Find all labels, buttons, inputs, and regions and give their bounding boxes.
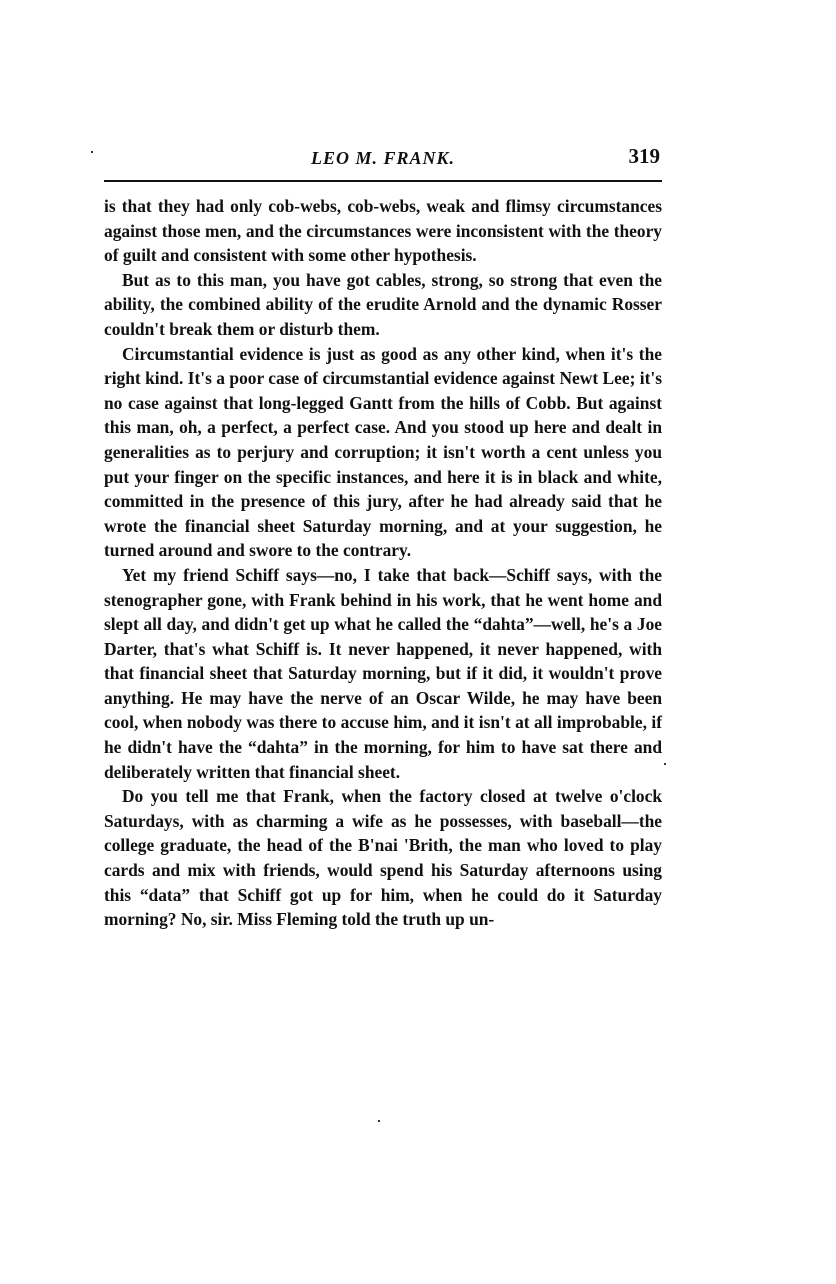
paragraph-schiff: Yet my friend Schiff says—no, I take tha… [104,563,662,784]
scan-speck [91,151,93,153]
running-title: LEO M. FRANK. [104,148,662,169]
paragraph-circumstantial-evidence: Circumstantial evidence is just as good … [104,342,662,563]
running-head: LEO M. FRANK. 319 [104,140,662,180]
paragraph-cables: But as to this man, you have got cables,… [104,268,662,342]
book-page: LEO M. FRANK. 319 is that they had only … [104,140,662,932]
paragraph-continued: is that they had only cob-webs, cob-webs… [104,194,662,268]
page-number: 319 [629,144,661,169]
scan-speck [378,1120,380,1122]
scan-speck [664,763,666,765]
body-text: is that they had only cob-webs, cob-webs… [104,194,662,932]
header-rule [104,180,662,182]
paragraph-frank-saturdays: Do you tell me that Frank, when the fact… [104,784,662,932]
